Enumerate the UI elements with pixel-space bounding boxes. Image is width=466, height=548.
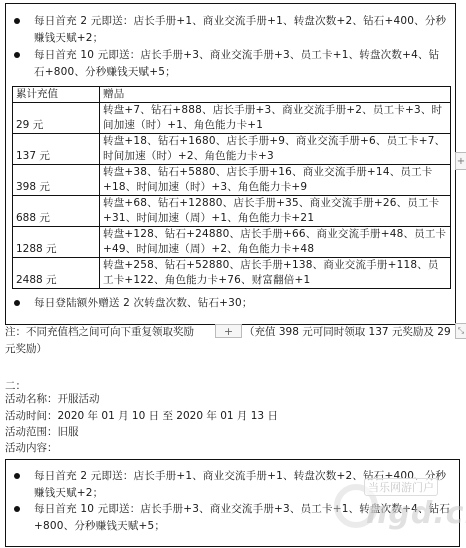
rewards-cell: 转盘+258、钻石+52880、店长手册+138、商业交流手册+118、员工卡+… — [100, 258, 451, 289]
bullet-dot-icon — [14, 300, 20, 306]
activity-1-content-box: 每日首充 2 元即送：店长手册+1、商业交流手册+1、转盘次数+2、钻石+400… — [5, 3, 456, 325]
bullet-text: 每日首充 2 元即送：店长手册+1、商业交流手册+1、转盘次数+2、钻石+400… — [34, 468, 451, 501]
rewards-cell: 转盘+7、钻石+888、店长手册+3、商业交流手册+2、员工卡+3、时间加速（时… — [100, 103, 451, 134]
add-table-button[interactable]: + — [215, 324, 242, 338]
bullet-text: 每日首充 2 元即送：店长手册+1、商业交流手册+1、转盘次数+2、钻石+400… — [34, 13, 447, 46]
bullet-text: 每日登陆额外赠送 2 次转盘次数、钻石+30； — [34, 295, 447, 312]
amount-cell: 1288 元 — [13, 227, 100, 258]
bullet-dot-icon — [14, 52, 20, 58]
activity-name: 活动名称：开服活动 — [5, 391, 100, 407]
activity-content-label: 活动内容： — [5, 440, 58, 456]
table-row: 29 元 转盘+7、钻石+888、店长手册+3、商业交流手册+2、员工卡+3、时… — [13, 103, 451, 134]
note-line-1b: （充值 398 元可同时领取 137 元奖励及 29 — [244, 324, 451, 340]
activity-scope: 活动范围：旧服 — [5, 424, 79, 440]
activity-2-content-box: 每日首充 2 元即送：店长手册+1、商业交流手册+1、转盘次数+2、钻石+400… — [5, 459, 460, 547]
table-row: 1288 元 转盘+128、钻石+24880、店长手册+66、商业交流手册+48… — [13, 227, 451, 258]
table-header-row: 累计充值 赠品 — [13, 87, 451, 103]
note-line-2: 元奖励） — [5, 341, 47, 357]
amount-cell: 688 元 — [13, 196, 100, 227]
table-row: 688 元 转盘+68、钻石+12880、店长手册+35、商业交流手册+26、员… — [13, 196, 451, 227]
cumulative-recharge-table: 累计充值 赠品 29 元 转盘+7、钻石+888、店长手册+3、商业交流手册+2… — [12, 86, 451, 289]
rewards-cell: 转盘+68、钻石+12880、店长手册+35、商业交流手册+26、员工卡+31、… — [100, 196, 451, 227]
bullet-text: 每日首充 10 元即送：店长手册+3、商业交流手册+3、员工卡+1、转盘次数+4… — [34, 47, 447, 80]
table-row: 2488 元 转盘+258、钻石+52880、店长手册+138、商业交流手册+1… — [13, 258, 451, 289]
amount-cell: 398 元 — [13, 165, 100, 196]
header-cumulative-recharge: 累计充值 — [13, 87, 100, 103]
note-line-1a: 注：不同充值档之间可向下重复领取奖励 — [5, 324, 194, 340]
header-gifts: 赠品 — [100, 87, 451, 103]
table-row: 137 元 转盘+18、钻石+1680、店长手册+9、商业交流手册+6、员工卡+… — [13, 134, 451, 165]
rewards-cell: 转盘+18、钻石+1680、店长手册+9、商业交流手册+6、员工卡+7、时间加速… — [100, 134, 451, 165]
activity-time: 活动时间：2020 年 01 月 10 日 至 2020 年 01 月 13 日 — [5, 408, 278, 424]
table-row: 398 元 转盘+38、钻石+5880、店长手册+16、商业交流手册+14、员工… — [13, 165, 451, 196]
resize-handle-icon[interactable]: ⤡ — [455, 323, 466, 339]
bullet-dot-icon — [14, 506, 20, 512]
bullet-dot-icon — [14, 473, 20, 479]
amount-cell: 137 元 — [13, 134, 100, 165]
add-row-button[interactable]: + — [455, 152, 466, 170]
amount-cell: 2488 元 — [13, 258, 100, 289]
rewards-cell: 转盘+128、钻石+24880、店长手册+66、商业交流手册+48、员工卡+49… — [100, 227, 451, 258]
rewards-cell: 转盘+38、钻石+5880、店长手册+16、商业交流手册+14、员工卡+18、时… — [100, 165, 451, 196]
amount-cell: 29 元 — [13, 103, 100, 134]
bullet-text: 每日首充 10 元即送：店长手册+3、商业交流手册+3、员工卡+1、转盘次数+4… — [34, 501, 451, 534]
bullet-dot-icon — [14, 18, 20, 24]
